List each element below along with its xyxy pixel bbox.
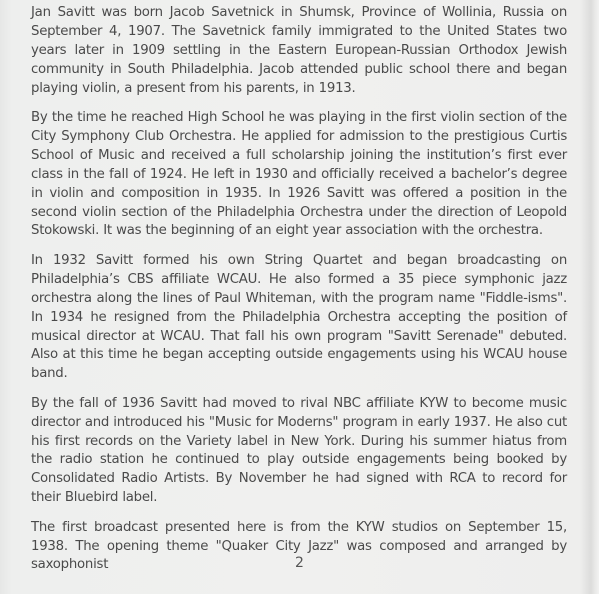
booklet-page: Jan Savitt was born Jacob Savetnick in S…	[0, 0, 599, 594]
paragraph-early-life: Jan Savitt was born Jacob Savetnick in S…	[31, 4, 567, 99]
paragraph-wcau: In 1932 Savitt formed his own String Qua…	[31, 252, 567, 384]
body-text: Jan Savitt was born Jacob Savetnick in S…	[31, 4, 567, 586]
paragraph-education: By the time he reached High School he wa…	[31, 109, 567, 241]
paragraph-kyw: By the fall of 1936 Savitt had moved to …	[31, 395, 567, 508]
page-number: 2	[0, 555, 599, 571]
